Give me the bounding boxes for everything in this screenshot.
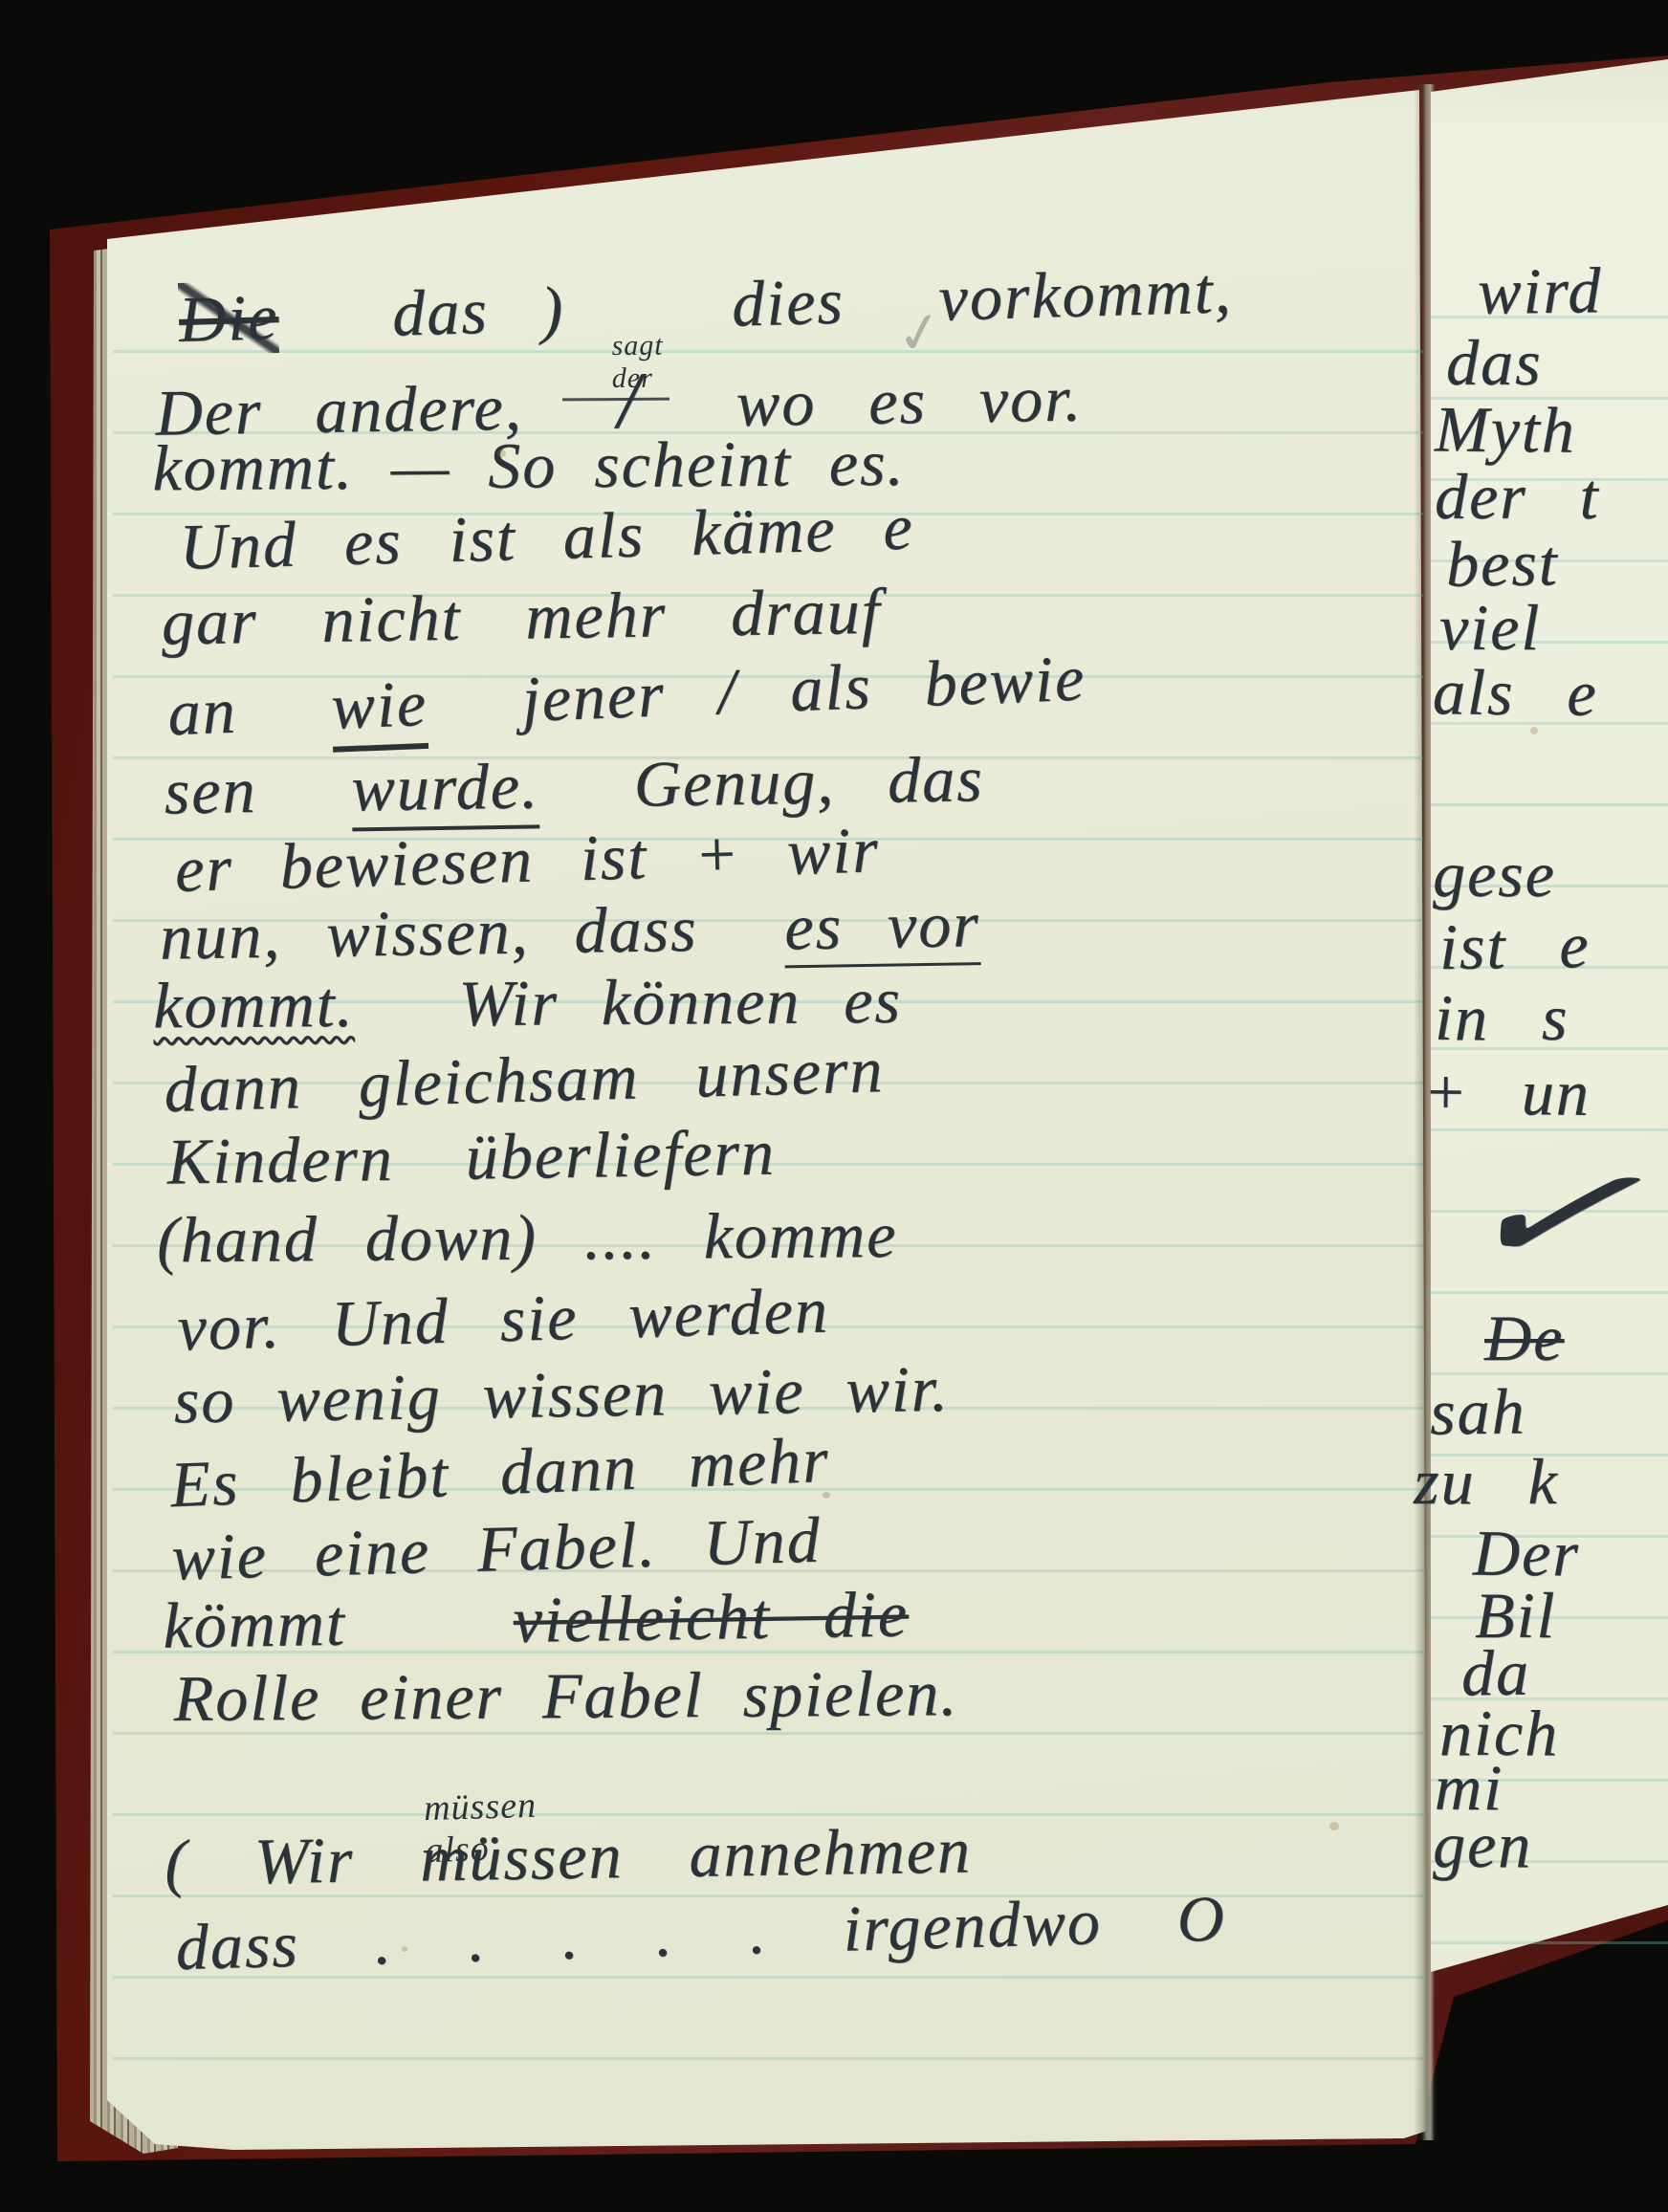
line-text: vorkommt,: [937, 253, 1233, 335]
right-fragment: in s: [1435, 985, 1569, 1050]
line-text: dies: [731, 265, 845, 340]
struck-word-die: Die: [178, 280, 279, 356]
wavy-underlined-word-kommt: kommt.: [153, 968, 355, 1041]
line-text: das ): [391, 273, 565, 350]
line-text: kömmt: [163, 1587, 346, 1662]
handwritten-line-7: sen wurde. Genug, das: [164, 746, 984, 823]
handwritten-line-18: kömmt vielleicht die: [163, 1581, 910, 1657]
underlined-word-wie: wie: [330, 667, 429, 753]
paper-speckle: [1129, 287, 1135, 294]
handwritten-line-14: vor. Und sie werden: [177, 1277, 830, 1360]
line-text: nun, wissen, dass: [160, 892, 698, 974]
handwritten-line-19: Rolle einer Fabel spielen.: [173, 1660, 958, 1731]
right-fragment: best: [1446, 530, 1559, 596]
right-fragment: zu k: [1414, 1449, 1559, 1514]
handwritten-line-13: (hand down) .... komme: [157, 1202, 898, 1272]
line-text: Genug, das: [633, 742, 984, 821]
right-fragment: das: [1446, 330, 1542, 395]
right-fragment: als e: [1433, 659, 1598, 726]
right-fragment: Myth: [1435, 396, 1576, 462]
right-fragment: der t: [1435, 464, 1600, 529]
underlined-words-es-vor: es vor: [784, 887, 981, 968]
line-text: Wir können es: [458, 964, 902, 1040]
right-fragment: viel: [1439, 595, 1541, 660]
handwritten-line-15: so wenig wissen wie wir.: [173, 1356, 950, 1434]
struck-words-vielleicht-die: vielleicht die: [513, 1577, 909, 1655]
right-fragment: Der: [1473, 1521, 1580, 1587]
handwritten-line-12: Kindern überliefern: [166, 1120, 776, 1194]
ink-check-stroke: ✓: [1487, 1143, 1610, 1286]
right-fragment: gen: [1433, 1812, 1532, 1877]
line-text: an: [166, 674, 238, 750]
right-fragment: wird: [1478, 257, 1603, 324]
paper-speckle: [1329, 1822, 1339, 1830]
paper-speckle: [1530, 727, 1538, 734]
handwritten-line-17: wie eine Fabel. Und: [170, 1507, 822, 1590]
paper-speckle: [402, 1946, 407, 1952]
right-fragment: sah: [1430, 1378, 1526, 1444]
manuscript-photo-stage: ✓ Die das ) dies vorkommt, sagt der Der …: [0, 0, 1668, 2212]
right-fragment-struck: De: [1484, 1305, 1564, 1370]
right-fragment: + un: [1423, 1059, 1591, 1126]
right-fragment: gese: [1433, 842, 1556, 907]
handwritten-line-3: kommt. — So scheint es.: [152, 430, 905, 500]
handwritten-line-21: ( Wir müssen annehmen: [165, 1817, 973, 1894]
paper-speckle: [497, 449, 506, 457]
handwritten-line-10: kommt. Wir können es: [153, 968, 902, 1038]
paper-speckle: [823, 1492, 830, 1499]
right-fragment: ist e: [1439, 912, 1591, 979]
underlined-word-wurde: wurde.: [351, 749, 540, 831]
handwritten-line-9: nun, wissen, dass es vor: [160, 891, 981, 969]
check-stroke-glyph: ✓: [1446, 1137, 1651, 1293]
handwritten-line-5: gar nicht mehr drauf: [161, 579, 882, 655]
line-text: sen: [164, 754, 257, 828]
